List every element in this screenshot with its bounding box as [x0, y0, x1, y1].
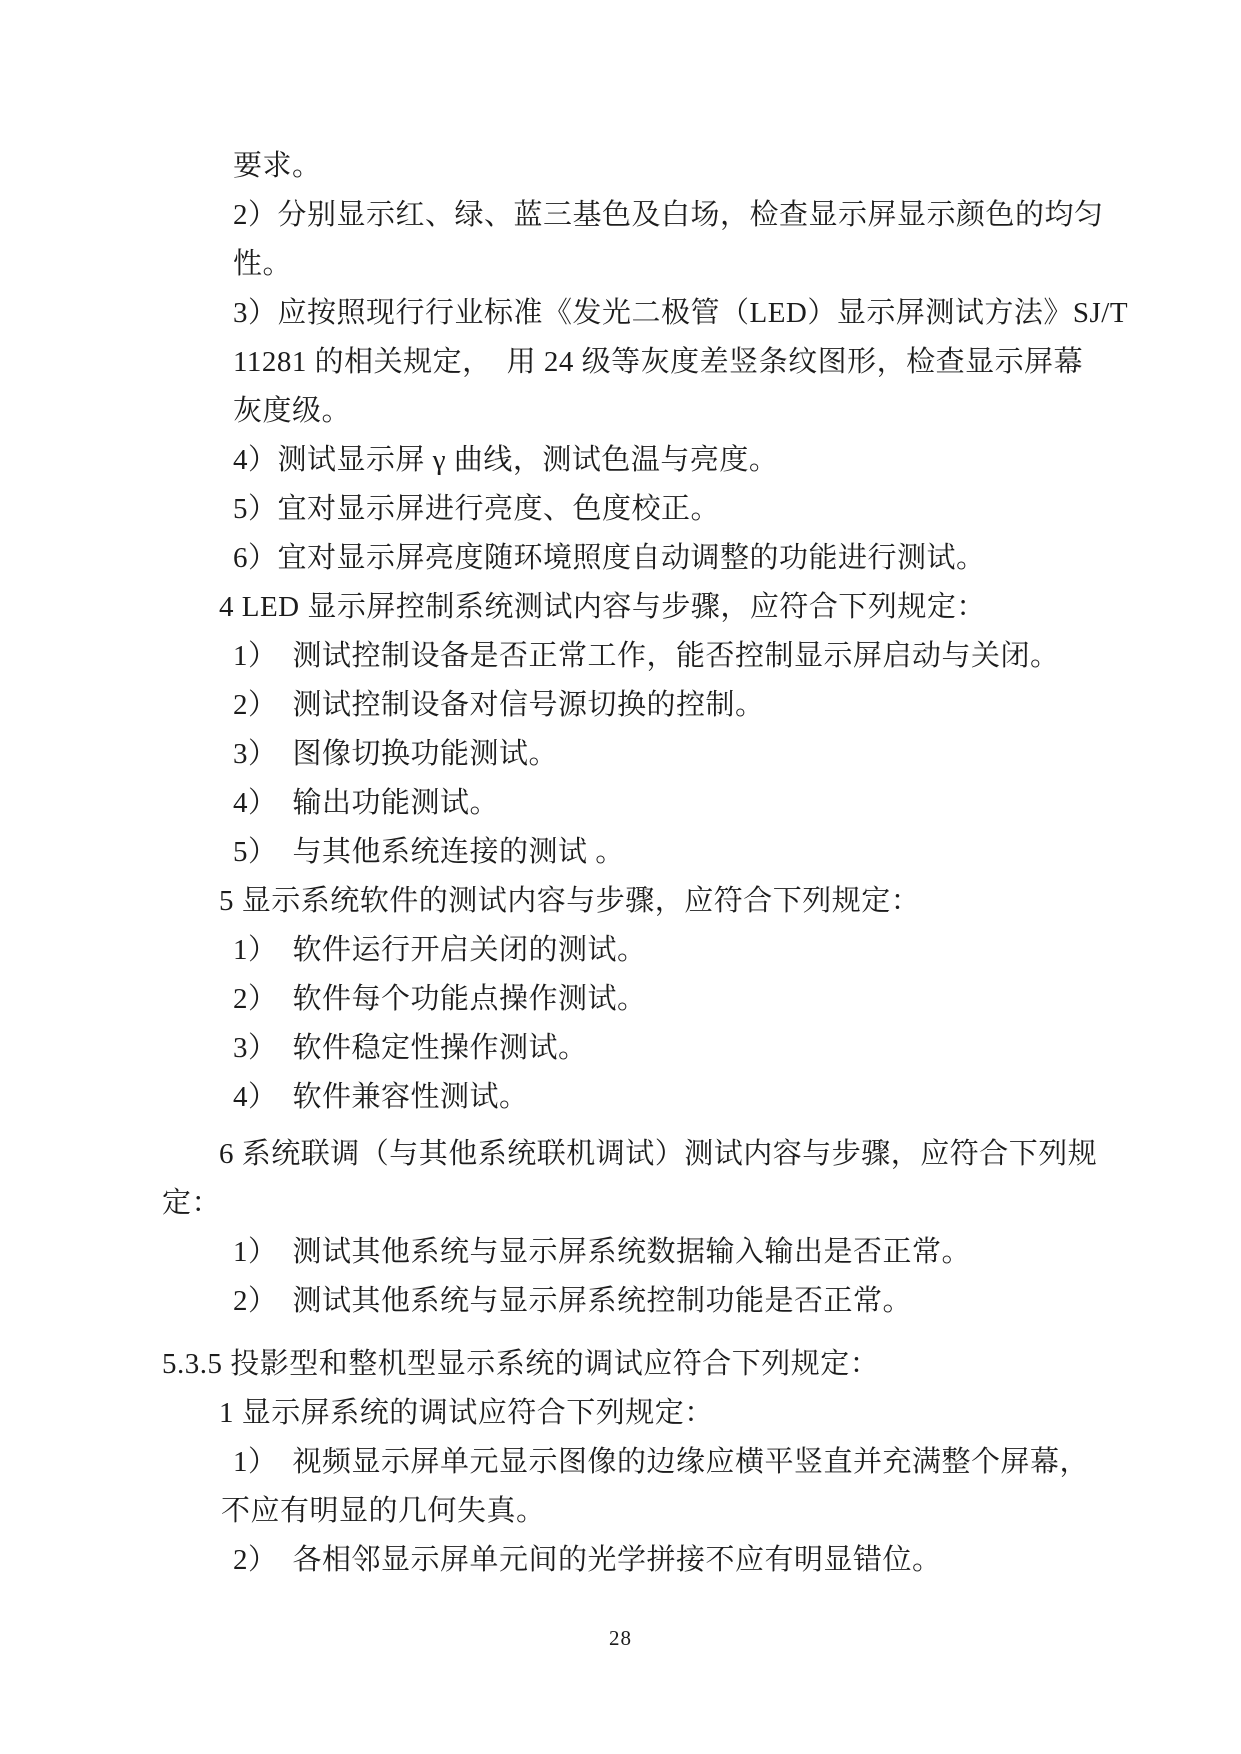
text-line: 1） 测试控制设备是否正常工作，能否控制显示屏启动与关闭。	[0, 632, 1241, 681]
text-line: 性。	[0, 240, 1241, 289]
text-line: 1） 视频显示屏单元显示图像的边缘应横平竖直并充满整个屏幕，	[0, 1438, 1241, 1487]
text-line: 5）宜对显示屏进行亮度、色度校正。	[0, 485, 1241, 534]
text-line: 6）宜对显示屏亮度随环境照度自动调整的功能进行测试。	[0, 534, 1241, 583]
text-line: 3） 图像切换功能测试。	[0, 730, 1241, 779]
document-page: 要求。2）分别显示红、绿、蓝三基色及白场，检查显示屏显示颜色的均匀性。3）应按照…	[0, 0, 1241, 1754]
text-line: 4）测试显示屏 γ 曲线，测试色温与亮度。	[0, 436, 1241, 485]
text-line: 1） 测试其他系统与显示屏系统数据输入输出是否正常。	[0, 1228, 1241, 1277]
text-line: 2） 软件每个功能点操作测试。	[0, 975, 1241, 1024]
text-line: 5 显示系统软件的测试内容与步骤，应符合下列规定：	[0, 877, 1241, 926]
text-line: 11281 的相关规定， 用 24 级等灰度差竖条纹图形，检查显示屏幕	[0, 338, 1241, 387]
text-line: 3） 软件稳定性操作测试。	[0, 1024, 1241, 1073]
text-line: 4） 输出功能测试。	[0, 779, 1241, 828]
text-line: 5） 与其他系统连接的测试 。	[0, 828, 1241, 877]
text-line: 6 系统联调（与其他系统联机调试）测试内容与步骤，应符合下列规	[0, 1130, 1241, 1179]
text-line: 1） 软件运行开启关闭的测试。	[0, 926, 1241, 975]
text-line: 2） 各相邻显示屏单元间的光学拼接不应有明显错位。	[0, 1536, 1241, 1585]
text-line: 不应有明显的几何失真。	[0, 1487, 1241, 1536]
text-line: 2）分别显示红、绿、蓝三基色及白场，检查显示屏显示颜色的均匀	[0, 191, 1241, 240]
text-line: 2） 测试控制设备对信号源切换的控制。	[0, 681, 1241, 730]
text-line: 定：	[0, 1179, 1241, 1228]
text-line: 4） 软件兼容性测试。	[0, 1073, 1241, 1122]
text-line: 灰度级。	[0, 387, 1241, 436]
text-line: 5.3.5 投影型和整机型显示系统的调试应符合下列规定：	[0, 1340, 1241, 1389]
text-line: 3）应按照现行行业标准《发光二极管（LED）显示屏测试方法》SJ/T	[0, 289, 1241, 338]
text-line: 4 LED 显示屏控制系统测试内容与步骤，应符合下列规定：	[0, 583, 1241, 632]
document-lines: 要求。2）分别显示红、绿、蓝三基色及白场，检查显示屏显示颜色的均匀性。3）应按照…	[0, 142, 1241, 1585]
page-number: 28	[0, 1624, 1241, 1652]
text-line: 1 显示屏系统的调试应符合下列规定：	[0, 1389, 1241, 1438]
text-line: 要求。	[0, 142, 1241, 191]
text-line: 2） 测试其他系统与显示屏系统控制功能是否正常。	[0, 1277, 1241, 1326]
